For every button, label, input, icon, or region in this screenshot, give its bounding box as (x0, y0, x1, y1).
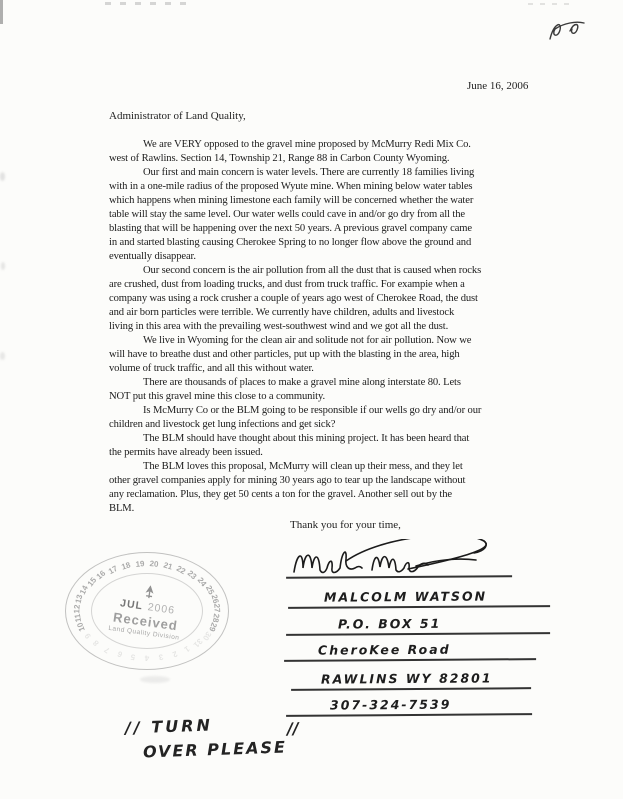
letter-line: will have to breathe dust and other part… (109, 348, 549, 362)
letter-line: are crushed, dust from loading trucks, a… (109, 278, 549, 292)
scanned-letter-page: June 16, 2006 Administrator of Land Qual… (0, 0, 623, 799)
handwritten-phone-text: 307-324-7539 (330, 697, 451, 713)
letter-line: We live in Wyoming for the clean air and… (109, 334, 549, 348)
letter-line: The BLM should have thought about this m… (109, 432, 549, 446)
handwritten-city-text: RAWLINS WY 82801 (321, 670, 493, 686)
letter-line: Our first and main concern is water leve… (109, 166, 549, 180)
letter-line: in and started blasting causing Cherokee… (109, 236, 549, 250)
letter-line: the permits have already been issued. (109, 446, 549, 460)
stamp-center: JUL 2006 Received Land Quality Division (58, 541, 237, 681)
letter-line: We are VERY opposed to the gravel mine p… (109, 138, 549, 152)
letter-line: west of Rawlins. Section 14, Township 21… (109, 152, 549, 166)
handwritten-road: CheroKee Road (284, 631, 536, 662)
letter-line: and air born particles were terrible. We… (109, 306, 549, 320)
note-open-quote: // (125, 718, 143, 738)
note-close-quote: // (287, 719, 299, 738)
letter-line: BLM. (109, 502, 549, 516)
letter-line: any reclamation. Plus, they get 50 cents… (109, 488, 549, 502)
letter-closing: Thank you for your time, (290, 519, 401, 531)
letter-line: Is McMurry Co or the BLM going to be res… (109, 404, 549, 418)
letter-line: children and livestock get lung infectio… (109, 418, 549, 432)
received-date-stamp: 1234567891011121314151617181920212223242… (65, 552, 229, 670)
letter-line: company was using a rock crusher a coupl… (109, 292, 549, 306)
letter-line: which happens when mining limestone each… (109, 194, 549, 208)
letter-body: We are VERY opposed to the gravel mine p… (109, 138, 549, 516)
corner-initials-mark (545, 16, 589, 48)
letter-line: table will stay the same level. Our wate… (109, 208, 549, 222)
letter-salutation: Administrator of Land Quality, (109, 110, 246, 122)
scan-artifact (105, 2, 193, 5)
letter-line: The BLM loves this proposal, McMurry wil… (109, 460, 549, 474)
letter-line: There are thousands of places to make a … (109, 376, 549, 390)
note-over-please-text: OVER PLEASE (143, 737, 287, 761)
handwritten-name-text: MALCOLM WATSON (324, 589, 487, 605)
handwritten-pobox-text: P.O. BOX 51 (338, 616, 441, 632)
scan-artifact (140, 676, 170, 683)
letter-line: NOT put this gravel mine this close to a… (109, 390, 549, 404)
signature-underline (286, 544, 512, 579)
letter-line: blasting that will be happening over the… (109, 222, 549, 236)
handwritten-road-text: CheroKee Road (318, 642, 451, 658)
letter-line: with in a one-mile radius of the propose… (109, 180, 549, 194)
note-line1: // TURN (125, 715, 214, 737)
scan-artifact (0, 0, 3, 24)
letter-line: volume of truck traffic, and all this wi… (109, 362, 549, 376)
scan-artifact (528, 3, 570, 5)
letter-line: living in this area with the prevailing … (109, 320, 549, 334)
letter-line: eventually disappear. (109, 250, 549, 264)
letter-date: June 16, 2006 (467, 80, 528, 92)
scan-artifact (1, 262, 5, 270)
scan-artifact (0, 352, 5, 360)
note-turn-text: TURN (151, 715, 213, 736)
scan-artifact (0, 172, 5, 181)
letter-line: other gravel companies apply for mining … (109, 474, 549, 488)
letter-line: Our second concern is the air pollution … (109, 264, 549, 278)
stamp-arrow-icon (142, 584, 158, 601)
handwritten-phone: 307-324-7539 (286, 686, 532, 717)
